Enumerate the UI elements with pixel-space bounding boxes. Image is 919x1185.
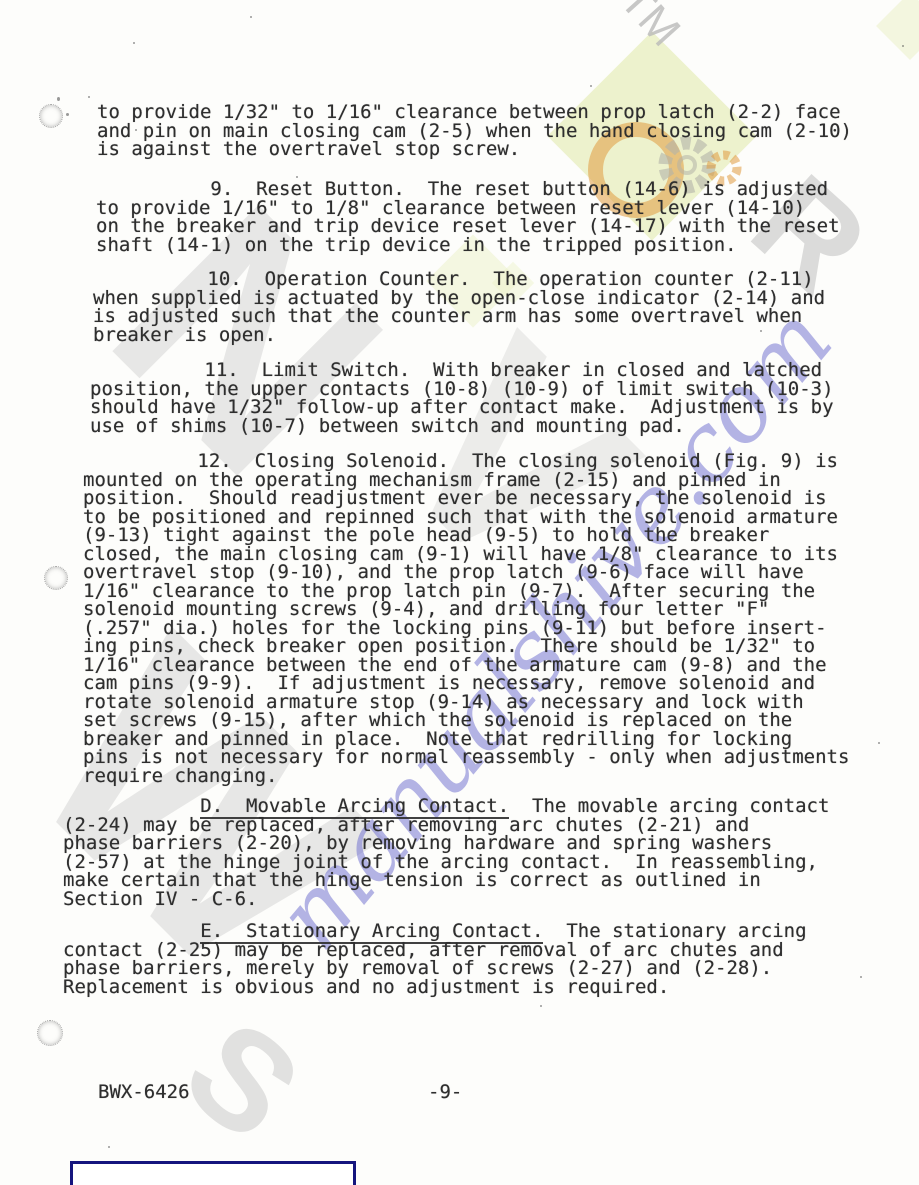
text-line: breaker is open. — [93, 326, 825, 345]
para-e: E. Stationary Arcing Contact. The statio… — [63, 922, 807, 996]
text-line: (9-13) tight against the pole head (9-5)… — [83, 526, 849, 545]
text-line: set screws (9-15), after which the solen… — [83, 711, 849, 730]
text-line: phase barriers (2-20), by removing hardw… — [63, 834, 829, 853]
text-block: to provide 1/32" to 1/16" clearance betw… — [0, 0, 919, 1185]
text-line: 9. Reset Button. The reset button (14-6)… — [96, 180, 840, 199]
text-line: use of shims (10-7) between switch and m… — [90, 417, 834, 436]
text-line: require changing. — [83, 767, 849, 786]
text-line: 12. Closing Solenoid. The closing soleno… — [83, 452, 849, 471]
text-line: is adjusted such that the counter arm ha… — [93, 307, 825, 326]
text-line: cam pins (9-9). If adjustment is necessa… — [83, 674, 849, 693]
text-line: make certain that the hinge tension is c… — [63, 871, 829, 890]
bottom-link-box — [70, 1161, 356, 1185]
text-line: 11. Limit Switch. With breaker in closed… — [90, 361, 834, 380]
text-line: on the breaker and trip device reset lev… — [96, 217, 840, 236]
text-line: is against the overtravel stop screw. — [97, 140, 852, 159]
para-intro: to provide 1/32" to 1/16" clearance betw… — [97, 103, 852, 159]
para-10: 10. Operation Counter. The operation cou… — [93, 270, 825, 344]
text-line: overtravel stop (9-10), and the prop lat… — [83, 563, 849, 582]
text-line: D. Movable Arcing Contact. The movable a… — [63, 797, 829, 816]
para-d: D. Movable Arcing Contact. The movable a… — [63, 797, 829, 908]
text-line: ing pins, check breaker open position. T… — [83, 637, 849, 656]
para-11: 11. Limit Switch. With breaker in closed… — [90, 361, 834, 435]
text-line: to provide 1/32" to 1/16" clearance betw… — [97, 103, 852, 122]
text-line: phase barriers, merely by removal of scr… — [63, 959, 807, 978]
text-line: shaft (14-1) on the trip device in the t… — [96, 236, 840, 255]
scanned-manual-page: TM R N V W S manualshive.com to provide … — [0, 0, 919, 1185]
para-9: 9. Reset Button. The reset button (14-6)… — [96, 180, 840, 254]
para-12: 12. Closing Solenoid. The closing soleno… — [83, 452, 849, 785]
text-line: E. Stationary Arcing Contact. The statio… — [63, 922, 807, 941]
text-line: Replacement is obvious and no adjustment… — [63, 978, 807, 997]
text-line: position. Should readjustment ever be ne… — [83, 489, 849, 508]
footer-page-number: -9- — [428, 1081, 462, 1103]
text-line: should have 1/32" follow-up after contac… — [90, 398, 834, 417]
text-line: Section IV - C-6. — [63, 890, 829, 909]
text-line: solenoid mounting screws (9-4), and dril… — [83, 600, 849, 619]
footer-doc-number: BWX-6426 — [98, 1081, 190, 1103]
text-line: pins is not necessary for normal reassem… — [83, 748, 849, 767]
text-line: 10. Operation Counter. The operation cou… — [93, 270, 825, 289]
